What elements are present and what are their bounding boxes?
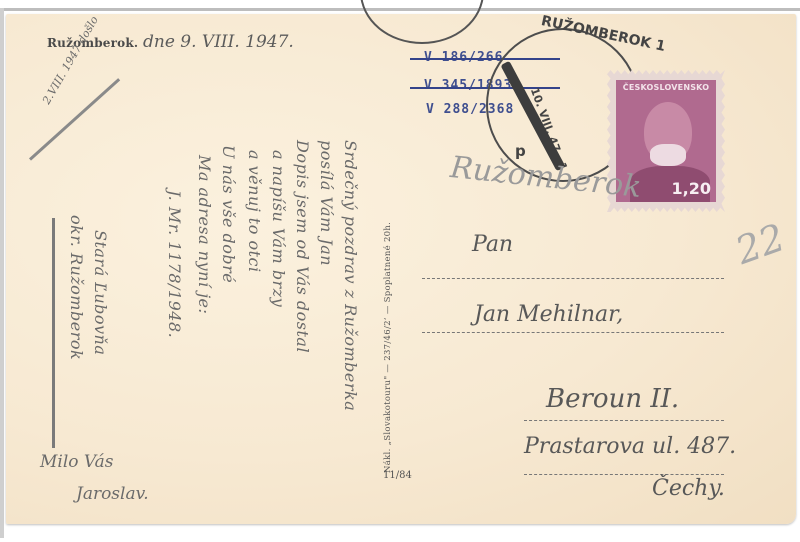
address-street: Prastarova ul. 487. xyxy=(524,434,736,459)
printed-town-name: Ružomberok. xyxy=(47,36,138,50)
address-line-1 xyxy=(422,278,724,280)
message-line: U nás vše dobré xyxy=(219,145,238,283)
address-region: Čechy. xyxy=(652,476,725,501)
address-line-2 xyxy=(422,332,724,334)
portrait-beard xyxy=(650,144,686,166)
closing-line: Milo Vás xyxy=(40,452,114,472)
address-city: Beroun II. xyxy=(546,384,679,414)
handwritten-date: dne 9. VIII. 1947. xyxy=(143,32,294,52)
message-line: Srdečný pozdrav z Ružomberka xyxy=(341,140,360,411)
underline-stroke xyxy=(52,218,55,448)
address-salutation: Pan xyxy=(472,232,513,257)
stamp-value: 1,20 xyxy=(672,179,711,198)
stamp-country: ČESKOSLOVENSKO xyxy=(616,83,716,92)
message-line: Stará Ľubovňa xyxy=(91,230,110,355)
message-line: Ma adresa nyní je: xyxy=(195,155,214,314)
message-line: J. Mr. 1178/1948. xyxy=(165,190,184,338)
publisher-line: Nákl. „Slovakotouru" — 237/46/2‘ — Spopl… xyxy=(383,222,393,473)
signature: Jaroslav. xyxy=(76,484,149,504)
card-code: 11/84 xyxy=(383,470,412,481)
scan-border-left xyxy=(0,8,4,538)
address-line-3 xyxy=(524,420,724,422)
message-line: a napíšu Vám brzy xyxy=(269,150,288,307)
message-line: Dopis jsem od Vás dostal xyxy=(293,140,312,353)
message-line: posílá Vám Jan xyxy=(317,140,336,266)
message-line: okr. Ružomberok xyxy=(67,215,86,360)
address-name: Jan Mehilnar, xyxy=(474,302,623,327)
message-line: a věnuj to otci xyxy=(245,150,264,273)
